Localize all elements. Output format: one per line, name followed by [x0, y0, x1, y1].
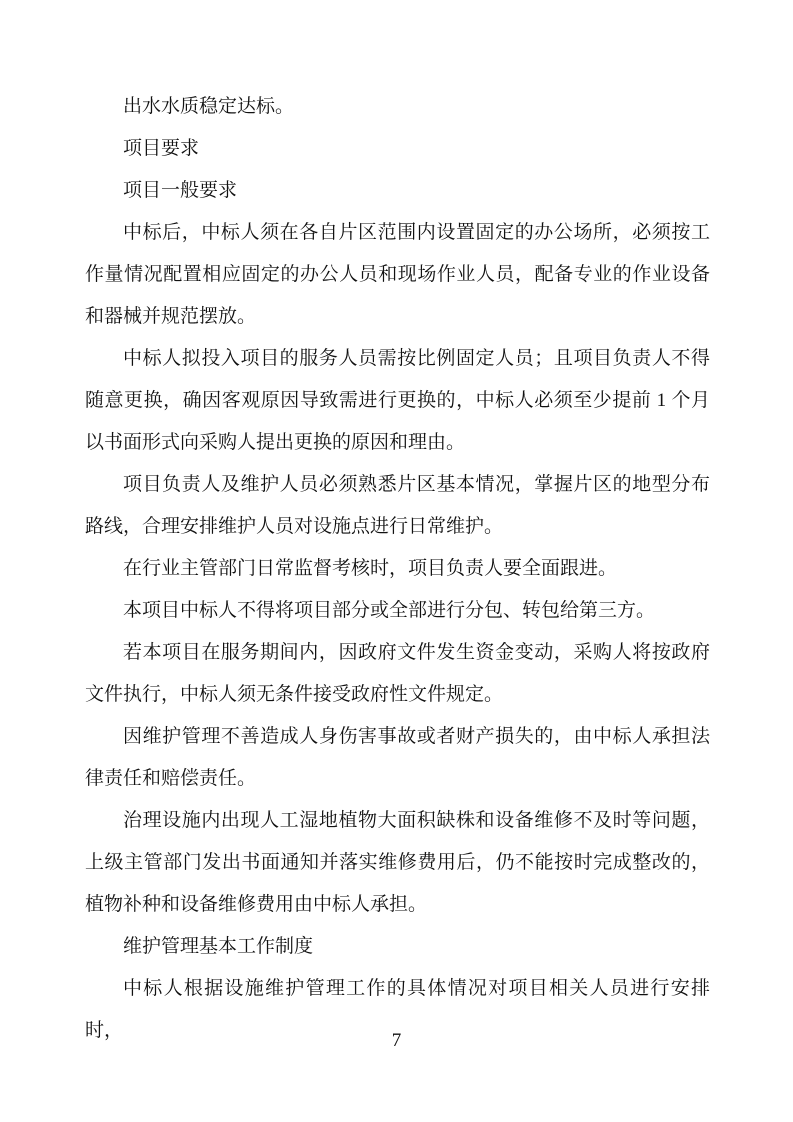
paragraph-office-setup: 中标后，中标人须在各自片区范围内设置固定的办公场所，必须按工作量情况配置相应固定… [85, 212, 710, 338]
paragraph-effluent-quality: 出水水质稳定达标。 [85, 86, 710, 128]
heading-maintenance-work-system: 维护管理基本工作制度 [85, 926, 710, 968]
document-body: 出水水质稳定达标。 项目要求 项目一般要求 中标后，中标人须在各自片区范围内设置… [85, 86, 710, 1052]
paragraph-supervision-followup: 在行业主管部门日常监督考核时，项目负责人要全面跟进。 [85, 548, 710, 590]
paragraph-liability: 因维护管理不善造成人身伤害事故或者财产损失的，由中标人承担法律责任和赔偿责任。 [85, 716, 710, 800]
page-number: 7 [0, 1020, 793, 1062]
document-page: 出水水质稳定达标。 项目要求 项目一般要求 中标后，中标人须在各自片区范围内设置… [0, 0, 793, 1122]
heading-project-general-requirements: 项目一般要求 [85, 170, 710, 212]
paragraph-no-subcontracting: 本项目中标人不得将项目部分或全部进行分包、转包给第三方。 [85, 590, 710, 632]
paragraph-wetland-plants-repair: 治理设施内出现人工湿地植物大面积缺株和设备维修不及时等问题，上级主管部门发出书面… [85, 800, 710, 926]
paragraph-government-funding-change: 若本项目在服务期间内，因政府文件发生资金变动，采购人将按政府文件执行，中标人须无… [85, 632, 710, 716]
paragraph-staff-fixed-ratio: 中标人拟投入项目的服务人员需按比例固定人员；且项目负责人不得随意更换，确因客观原… [85, 338, 710, 464]
paragraph-familiar-with-area: 项目负责人及维护人员必须熟悉片区基本情况，掌握片区的地型分布路线，合理安排维护人… [85, 464, 710, 548]
heading-project-requirements: 项目要求 [85, 128, 710, 170]
